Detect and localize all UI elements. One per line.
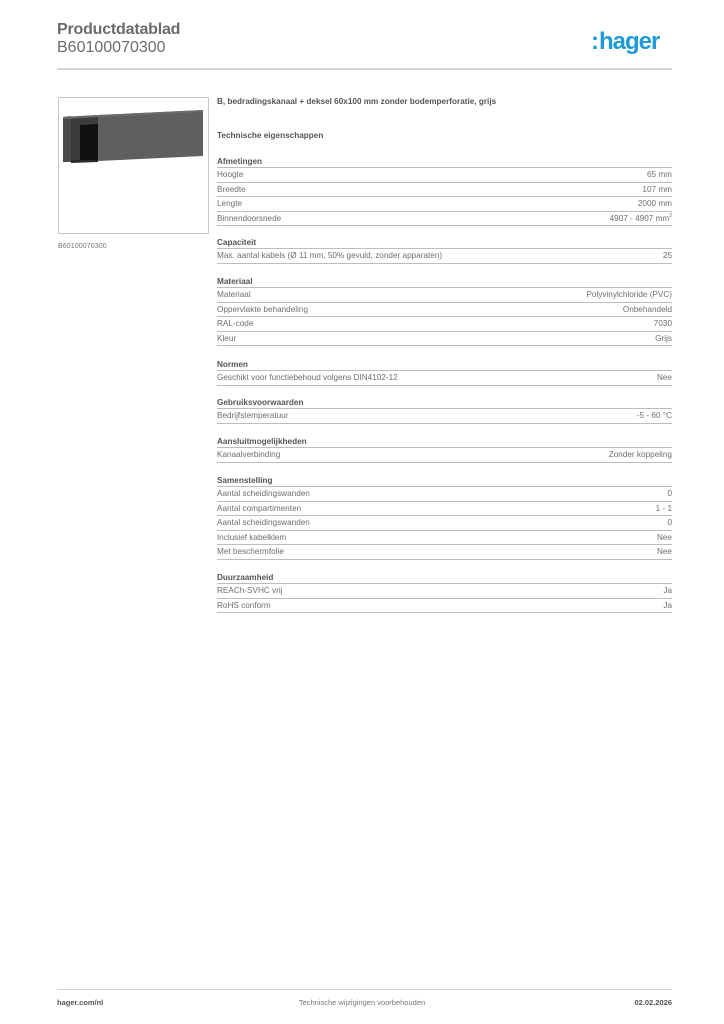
spec-label: Oppervlakte behandeling: [217, 303, 308, 317]
spec-label: Kanaalverbinding: [217, 448, 280, 462]
spec-section: MateriaalMateriaalPolyvinylchloride (PVC…: [217, 275, 672, 346]
spec-label: Aantal scheidingswanden: [217, 487, 310, 501]
spec-row: Bedrijfstemperatuur-5 - 60 °C: [217, 409, 672, 424]
spec-value-text: Ja: [663, 601, 672, 610]
spec-label: Binnendoorsnede: [217, 212, 281, 226]
product-code: B60100070300: [57, 39, 166, 57]
spec-row: RAL-code7030: [217, 317, 672, 332]
spec-value-text: Zonder koppeling: [609, 450, 672, 459]
footer-disclaimer: Technische wijzigingen voorbehouden: [0, 998, 724, 1007]
spec-value: 7030: [654, 317, 672, 331]
spec-value: Ja: [663, 599, 672, 613]
spec-row: REACh-SVHC vrijJa: [217, 584, 672, 599]
spec-value-text: 4907 - 4907 mm: [610, 214, 670, 223]
spec-value-text: Nee: [657, 547, 672, 556]
spec-value-text: 2000 mm: [638, 199, 672, 208]
spec-value-text: 107 mm: [642, 185, 672, 194]
section-title: Aansluitmogelijkheden: [217, 435, 672, 448]
page-title: Productdatablad: [57, 21, 180, 39]
spec-row: Met beschermfolieNee: [217, 545, 672, 560]
spec-value: Zonder koppeling: [609, 448, 672, 462]
spec-value: 4907 - 4907 mm2: [610, 212, 672, 226]
spec-label: Aantal scheidingswanden: [217, 516, 310, 530]
spec-section: DuurzaamheidREACh-SVHC vrijJaRoHS confor…: [217, 571, 672, 613]
spec-section: AfmetingenHoogte65 mmBreedte107 mmLengte…: [217, 155, 672, 226]
spec-value: Nee: [657, 531, 672, 545]
spec-section: AansluitmogelijkhedenKanaalverbindingZon…: [217, 435, 672, 463]
spec-value-text: 0: [667, 518, 672, 527]
spec-row: Max. aantal kabels (Ø 11 mm, 50% gevuld,…: [217, 249, 672, 264]
spec-section: NormenGeschikt voor functiebehoud volgen…: [217, 358, 672, 386]
spec-section: SamenstellingAantal scheidingswanden0Aan…: [217, 474, 672, 560]
image-caption: B60100070300: [58, 243, 107, 250]
spec-value-text: 0: [667, 489, 672, 498]
spec-row: KanaalverbindingZonder koppeling: [217, 448, 672, 463]
section-title: Normen: [217, 358, 672, 371]
spec-row: KleurGrijs: [217, 332, 672, 347]
spec-value-text: 65 mm: [647, 170, 672, 179]
spec-value-text: Nee: [657, 373, 672, 382]
spec-value-text: Nee: [657, 533, 672, 542]
spec-row: RoHS conformJa: [217, 599, 672, 614]
spec-value: 25: [663, 249, 672, 263]
spec-label: Lengte: [217, 197, 242, 211]
spec-label: RAL-code: [217, 317, 253, 331]
spec-label: REACh-SVHC vrij: [217, 584, 283, 598]
spec-value-text: Polyvinylchloride (PVC): [586, 290, 672, 299]
spec-label: Max. aantal kabels (Ø 11 mm, 50% gevuld,…: [217, 249, 442, 263]
spec-label: Materiaal: [217, 288, 251, 302]
spec-row: Lengte2000 mm: [217, 197, 672, 212]
spec-row: Oppervlakte behandelingOnbehandeld: [217, 303, 672, 318]
spec-value: 0: [667, 516, 672, 530]
spec-value: Ja: [663, 584, 672, 598]
spec-section: GebruiksvoorwaardenBedrijfstemperatuur-5…: [217, 396, 672, 424]
spec-label: Bedrijfstemperatuur: [217, 409, 288, 423]
section-title: Duurzaamheid: [217, 571, 672, 584]
spec-row: Aantal compartimenten1 - 1: [217, 502, 672, 517]
spec-value-text: Onbehandeld: [623, 305, 672, 314]
spec-row: Geschikt voor functiebehoud volgens DIN4…: [217, 371, 672, 386]
spec-value: 107 mm: [642, 183, 672, 197]
hager-logo: :hager: [591, 29, 659, 55]
footer-date: 02.02.2026: [634, 998, 672, 1007]
header-divider: [57, 68, 672, 70]
spec-value: Grijs: [655, 332, 672, 346]
spec-value: 0: [667, 487, 672, 501]
spec-value: 65 mm: [647, 168, 672, 182]
spec-label: RoHS conform: [217, 599, 271, 613]
section-title: Afmetingen: [217, 155, 672, 168]
spec-row: MateriaalPolyvinylchloride (PVC): [217, 288, 672, 303]
section-title: Gebruiksvoorwaarden: [217, 396, 672, 409]
product-description: B, bedradingskanaal + deksel 60x100 mm z…: [217, 97, 496, 106]
spec-value-text: 25: [663, 251, 672, 260]
technical-properties-heading: Technische eigenschappen: [217, 131, 323, 140]
spec-value: 2000 mm: [638, 197, 672, 211]
spec-value: -5 - 60 °C: [637, 409, 672, 423]
spec-value: 1 - 1: [656, 502, 672, 516]
spec-row: Hoogte65 mm: [217, 168, 672, 183]
unit-superscript: 2: [669, 213, 672, 219]
spec-row: Aantal scheidingswanden0: [217, 516, 672, 531]
spec-label: Aantal compartimenten: [217, 502, 301, 516]
spec-label: Kleur: [217, 332, 236, 346]
spec-value-text: Grijs: [655, 334, 672, 343]
footer-divider: [57, 989, 672, 990]
section-title: Capaciteit: [217, 236, 672, 249]
spec-row: Binnendoorsnede4907 - 4907 mm2: [217, 212, 672, 227]
spec-label: Geschikt voor functiebehoud volgens DIN4…: [217, 371, 398, 385]
section-title: Samenstelling: [217, 474, 672, 487]
spec-label: Breedte: [217, 183, 246, 197]
logo-colon: :: [591, 29, 598, 55]
logo-text: hager: [599, 28, 659, 55]
spec-row: Breedte107 mm: [217, 183, 672, 198]
product-image-frame: [58, 97, 209, 234]
spec-value-text: -5 - 60 °C: [637, 411, 672, 420]
spec-value: Onbehandeld: [623, 303, 672, 317]
spec-label: Met beschermfolie: [217, 545, 284, 559]
spec-section: CapaciteitMax. aantal kabels (Ø 11 mm, 5…: [217, 236, 672, 264]
cable-trunking-product-image: [59, 98, 208, 233]
spec-value: Polyvinylchloride (PVC): [586, 288, 672, 302]
spec-value: Nee: [657, 545, 672, 559]
spec-value-text: 1 - 1: [656, 504, 672, 513]
spec-label: Hoogte: [217, 168, 243, 182]
spec-value-text: 7030: [654, 319, 672, 328]
spec-row: Inclusief kabelklemNee: [217, 531, 672, 546]
section-title: Materiaal: [217, 275, 672, 288]
spec-value: Nee: [657, 371, 672, 385]
spec-label: Inclusief kabelklem: [217, 531, 286, 545]
spec-value-text: Ja: [663, 586, 672, 595]
spec-row: Aantal scheidingswanden0: [217, 487, 672, 502]
